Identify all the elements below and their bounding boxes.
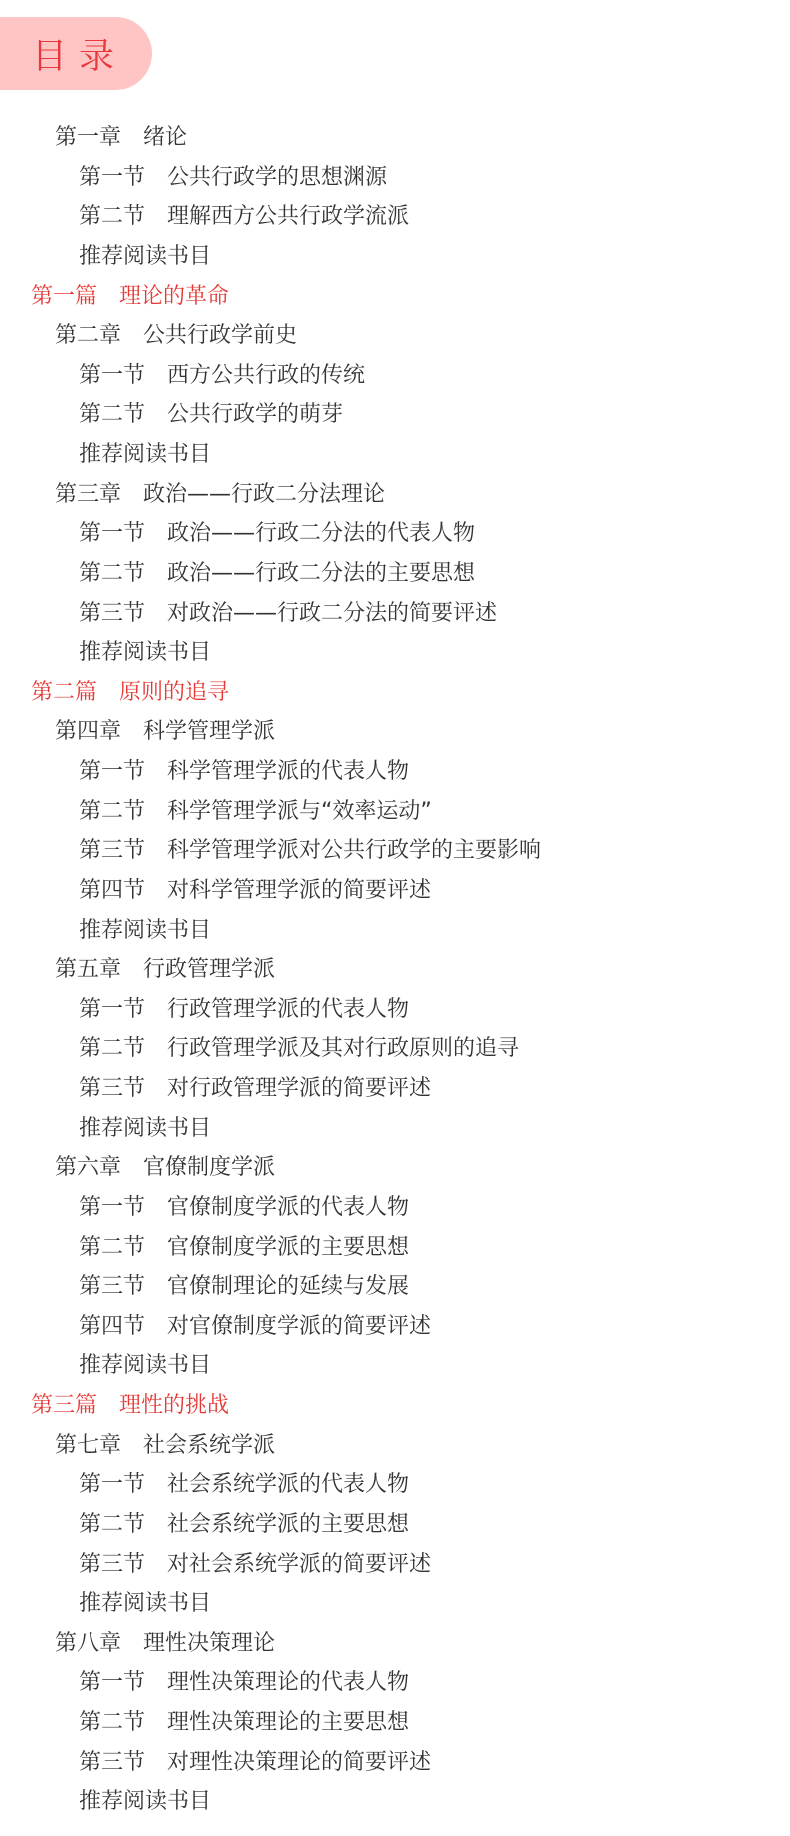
toc-item-number: 第三节 — [79, 1743, 145, 1783]
toc-item-chapter[interactable]: 第五章行政管理学派 — [0, 950, 790, 990]
toc-item-title: 社会系统学派的主要思想 — [167, 1512, 409, 1537]
toc-item-number: 第四节 — [79, 1307, 145, 1347]
toc-item-title: 推荐阅读书目 — [79, 244, 211, 269]
toc-item-section[interactable]: 第三节对政治——行政二分法的简要评述 — [0, 594, 790, 634]
toc-item-section[interactable]: 第四节对官僚制度学派的简要评述 — [0, 1307, 790, 1347]
toc-item-title: 推荐阅读书目 — [79, 918, 211, 943]
toc-item-title: 对社会系统学派的简要评述 — [167, 1552, 431, 1577]
toc-item-number: 第一章 — [55, 118, 121, 158]
toc-item-title: 推荐阅读书目 — [79, 640, 211, 665]
toc-item-number: 第八章 — [55, 1624, 121, 1664]
toc-item-number: 第六章 — [55, 1148, 121, 1188]
toc-item-chapter[interactable]: 第二章公共行政学前史 — [0, 316, 790, 356]
toc-item-section[interactable]: 第三节对理性决策理论的简要评述 — [0, 1743, 790, 1783]
toc-item-chapter[interactable]: 第八章理性决策理论 — [0, 1624, 790, 1664]
toc-item-section[interactable]: 第一节行政管理学派的代表人物 — [0, 990, 790, 1030]
toc-item-title: 对政治——行政二分法的简要评述 — [167, 601, 497, 626]
toc-item-number: 第一节 — [79, 990, 145, 1030]
toc-item-part[interactable]: 第三篇理性的挑战 — [0, 1386, 790, 1426]
toc-item-title: 理性决策理论的代表人物 — [167, 1670, 409, 1695]
toc-item-number: 第三节 — [79, 1069, 145, 1109]
toc-item-section[interactable]: 第四节对科学管理学派的简要评述 — [0, 871, 790, 911]
toc-item-section[interactable]: 第二节行政管理学派及其对行政原则的追寻 — [0, 1029, 790, 1069]
toc-item-number: 第三篇 — [31, 1386, 97, 1426]
toc-item-section[interactable]: 第二节科学管理学派与“效率运动” — [0, 792, 790, 832]
toc-item-section[interactable]: 第二节社会系统学派的主要思想 — [0, 1505, 790, 1545]
toc-item-number: 第一节 — [79, 158, 145, 198]
toc-item-title: 绪论 — [143, 125, 187, 150]
toc-item-number: 第一节 — [79, 356, 145, 396]
toc-item-title: 科学管理学派 — [143, 719, 275, 744]
toc-item-title: 推荐阅读书目 — [79, 1353, 211, 1378]
toc-item-number: 第三节 — [79, 594, 145, 634]
toc-item-section[interactable]: 第二节理解西方公共行政学流派 — [0, 197, 790, 237]
toc-item-title: 原则的追寻 — [119, 680, 229, 705]
toc-item-section[interactable]: 第三节对社会系统学派的简要评述 — [0, 1545, 790, 1585]
toc-item-title: 推荐阅读书目 — [79, 1789, 211, 1814]
toc-item-section[interactable]: 第一节公共行政学的思想渊源 — [0, 158, 790, 198]
toc-item-title: 西方公共行政的传统 — [167, 363, 365, 388]
toc-item-title: 科学管理学派对公共行政学的主要影响 — [167, 838, 541, 863]
toc-item-number: 第二篇 — [31, 673, 97, 713]
toc-item-title: 官僚制度学派的代表人物 — [167, 1195, 409, 1220]
toc-header-pill: 目录 — [0, 17, 152, 90]
toc-item-section[interactable]: 推荐阅读书目 — [0, 911, 790, 951]
toc-item-section[interactable]: 第二节理性决策理论的主要思想 — [0, 1703, 790, 1743]
toc-item-chapter[interactable]: 第六章官僚制度学派 — [0, 1148, 790, 1188]
toc-item-title: 理性的挑战 — [119, 1393, 229, 1418]
toc-item-title: 对行政管理学派的简要评述 — [167, 1076, 431, 1101]
toc-item-title: 政治——行政二分法的代表人物 — [167, 521, 475, 546]
toc-item-section[interactable]: 推荐阅读书目 — [0, 1346, 790, 1386]
toc-item-section[interactable]: 第二节政治——行政二分法的主要思想 — [0, 554, 790, 594]
toc-item-chapter[interactable]: 第一章绪论 — [0, 118, 790, 158]
toc-item-title: 推荐阅读书目 — [79, 1591, 211, 1616]
toc-item-title: 科学管理学派的代表人物 — [167, 759, 409, 784]
toc-item-section[interactable]: 第二节官僚制度学派的主要思想 — [0, 1228, 790, 1268]
toc-item-title: 理论的革命 — [119, 284, 229, 309]
toc-item-number: 第五章 — [55, 950, 121, 990]
toc-item-title: 公共行政学的思想渊源 — [167, 165, 387, 190]
toc-title: 目录 — [32, 29, 126, 79]
toc-item-number: 第三节 — [79, 831, 145, 871]
toc-item-number: 第一节 — [79, 752, 145, 792]
toc-item-chapter[interactable]: 第七章社会系统学派 — [0, 1426, 790, 1466]
toc-item-title: 行政管理学派 — [143, 957, 275, 982]
toc-item-section[interactable]: 第一节理性决策理论的代表人物 — [0, 1663, 790, 1703]
toc-item-title: 官僚制度学派 — [143, 1155, 275, 1180]
toc-item-number: 第二节 — [79, 1228, 145, 1268]
toc-item-title: 对理性决策理论的简要评述 — [167, 1750, 431, 1775]
toc-item-title: 行政管理学派的代表人物 — [167, 997, 409, 1022]
toc-item-section[interactable]: 第一节科学管理学派的代表人物 — [0, 752, 790, 792]
toc-item-number: 第一节 — [79, 1663, 145, 1703]
toc-item-title: 科学管理学派与“效率运动” — [167, 799, 432, 824]
toc-item-part[interactable]: 第一篇理论的革命 — [0, 277, 790, 317]
toc-item-title: 公共行政学前史 — [143, 323, 297, 348]
toc-item-title: 理性决策理论 — [143, 1631, 275, 1656]
toc-item-title: 政治——行政二分法的主要思想 — [167, 561, 475, 586]
toc-item-number: 第一节 — [79, 514, 145, 554]
toc-item-title: 社会系统学派 — [143, 1433, 275, 1458]
toc-item-section[interactable]: 第三节对行政管理学派的简要评述 — [0, 1069, 790, 1109]
toc-item-section[interactable]: 第一节社会系统学派的代表人物 — [0, 1465, 790, 1505]
toc-item-number: 第二节 — [79, 1703, 145, 1743]
toc-item-number: 第三章 — [55, 475, 121, 515]
toc-item-number: 第二节 — [79, 1505, 145, 1545]
toc-item-number: 第三节 — [79, 1267, 145, 1307]
toc-item-number: 第二节 — [79, 197, 145, 237]
toc-item-title: 社会系统学派的代表人物 — [167, 1472, 409, 1497]
toc-item-title: 官僚制度学派的主要思想 — [167, 1235, 409, 1260]
toc-item-title: 公共行政学的萌芽 — [167, 402, 343, 427]
toc-item-number: 第二节 — [79, 395, 145, 435]
table-of-contents: 第一章绪论第一节公共行政学的思想渊源第二节理解西方公共行政学流派推荐阅读书目第一… — [0, 118, 790, 1822]
toc-item-title: 推荐阅读书目 — [79, 1116, 211, 1141]
toc-item-section[interactable]: 第一节官僚制度学派的代表人物 — [0, 1188, 790, 1228]
toc-item-number: 第四章 — [55, 712, 121, 752]
toc-item-section[interactable]: 推荐阅读书目 — [0, 237, 790, 277]
toc-item-number: 第二章 — [55, 316, 121, 356]
toc-item-number: 第三节 — [79, 1545, 145, 1585]
toc-item-title: 理解西方公共行政学流派 — [167, 204, 409, 229]
toc-item-number: 第二节 — [79, 792, 145, 832]
toc-item-number: 第一节 — [79, 1465, 145, 1505]
toc-item-part[interactable]: 第二篇原则的追寻 — [0, 673, 790, 713]
toc-item-title: 对科学管理学派的简要评述 — [167, 878, 431, 903]
toc-item-title: 行政管理学派及其对行政原则的追寻 — [167, 1036, 519, 1061]
toc-item-title: 推荐阅读书目 — [79, 442, 211, 467]
toc-item-title: 官僚制理论的延续与发展 — [167, 1274, 409, 1299]
toc-item-chapter[interactable]: 第四章科学管理学派 — [0, 712, 790, 752]
toc-item-section[interactable]: 推荐阅读书目 — [0, 1584, 790, 1624]
toc-item-chapter[interactable]: 第三章政治——行政二分法理论 — [0, 475, 790, 515]
toc-item-section[interactable]: 推荐阅读书目 — [0, 1109, 790, 1149]
toc-item-title: 政治——行政二分法理论 — [143, 482, 385, 507]
toc-item-number: 第一节 — [79, 1188, 145, 1228]
toc-item-section[interactable]: 推荐阅读书目 — [0, 633, 790, 673]
toc-item-section[interactable]: 第一节西方公共行政的传统 — [0, 356, 790, 396]
toc-item-section[interactable]: 第二节公共行政学的萌芽 — [0, 395, 790, 435]
toc-item-section[interactable]: 第一节政治——行政二分法的代表人物 — [0, 514, 790, 554]
toc-item-section[interactable]: 推荐阅读书目 — [0, 1782, 790, 1822]
toc-item-number: 第四节 — [79, 871, 145, 911]
toc-item-title: 对官僚制度学派的简要评述 — [167, 1314, 431, 1339]
toc-item-number: 第二节 — [79, 554, 145, 594]
toc-item-number: 第七章 — [55, 1426, 121, 1466]
toc-item-number: 第一篇 — [31, 277, 97, 317]
toc-item-section[interactable]: 第三节官僚制理论的延续与发展 — [0, 1267, 790, 1307]
toc-item-title: 理性决策理论的主要思想 — [167, 1710, 409, 1735]
toc-item-section[interactable]: 推荐阅读书目 — [0, 435, 790, 475]
toc-item-number: 第二节 — [79, 1029, 145, 1069]
toc-item-section[interactable]: 第三节科学管理学派对公共行政学的主要影响 — [0, 831, 790, 871]
